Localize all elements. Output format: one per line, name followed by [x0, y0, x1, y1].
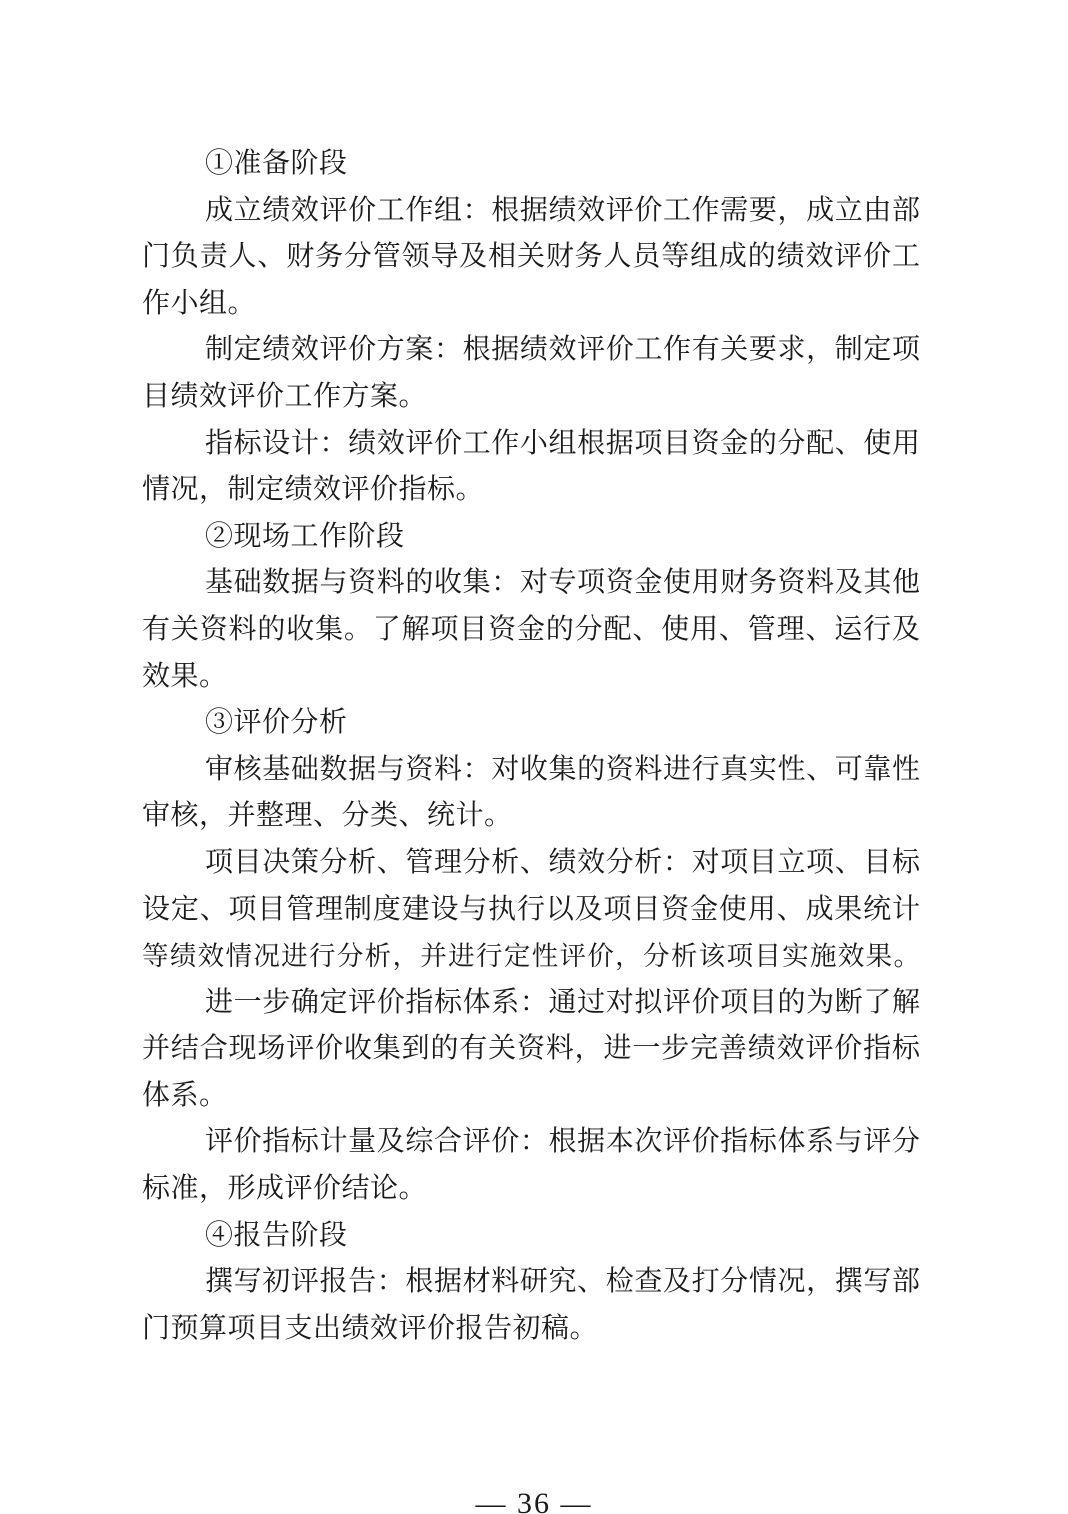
text-line: ①准备阶段	[142, 141, 920, 188]
text-line: 制定绩效评价方案：根据绩效评价工作有关要求，制定项	[142, 327, 920, 374]
document-page: ①准备阶段成立绩效评价工作组：根据绩效评价工作需要，成立由部门负责人、财务分管领…	[0, 0, 1068, 1514]
document-body-text: ①准备阶段成立绩效评价工作组：根据绩效评价工作需要，成立由部门负责人、财务分管领…	[142, 141, 920, 1352]
text-line: 进一步确定评价指标体系：通过对拟评价项目的为断了解	[142, 980, 920, 1027]
text-line: 情况，制定绩效评价指标。	[142, 467, 920, 514]
text-line: 有关资料的收集。了解项目资金的分配、使用、管理、运行及	[142, 607, 920, 654]
text-line: ④报告阶段	[142, 1213, 920, 1260]
text-line: 审核基础数据与资料：对收集的资料进行真实性、可靠性	[142, 747, 920, 794]
page-number: — 36 —	[476, 1487, 593, 1514]
text-line: 等绩效情况进行分析，并进行定性评价，分析该项目实施效果。	[142, 933, 920, 980]
text-line: 体系。	[142, 1073, 920, 1120]
text-line: 作小组。	[142, 281, 920, 328]
text-line: 并结合现场评价收集到的有关资料，进一步完善绩效评价指标	[142, 1026, 920, 1073]
text-line: 门预算项目支出绩效评价报告初稿。	[142, 1306, 920, 1353]
text-line: 审核，并整理、分类、统计。	[142, 793, 920, 840]
text-line: 标准，形成评价结论。	[142, 1166, 920, 1213]
text-line: ②现场工作阶段	[142, 514, 920, 561]
page-footer: — 36 —	[0, 1489, 1068, 1514]
text-line: 设定、项目管理制度建设与执行以及项目资金使用、成果统计	[142, 887, 920, 934]
text-line: 指标设计：绩效评价工作小组根据项目资金的分配、使用	[142, 421, 920, 468]
text-line: 目绩效评价工作方案。	[142, 374, 920, 421]
text-line: 门负责人、财务分管领导及相关财务人员等组成的绩效评价工	[142, 234, 920, 281]
text-line: 基础数据与资料的收集：对专项资金使用财务资料及其他	[142, 560, 920, 607]
text-line: 评价指标计量及综合评价：根据本次评价指标体系与评分	[142, 1119, 920, 1166]
text-line: ③评价分析	[142, 700, 920, 747]
text-line: 成立绩效评价工作组：根据绩效评价工作需要，成立由部	[142, 188, 920, 235]
text-line: 效果。	[142, 654, 920, 701]
text-line: 项目决策分析、管理分析、绩效分析：对项目立项、目标	[142, 840, 920, 887]
text-line: 撰写初评报告：根据材料研究、检查及打分情况，撰写部	[142, 1259, 920, 1306]
